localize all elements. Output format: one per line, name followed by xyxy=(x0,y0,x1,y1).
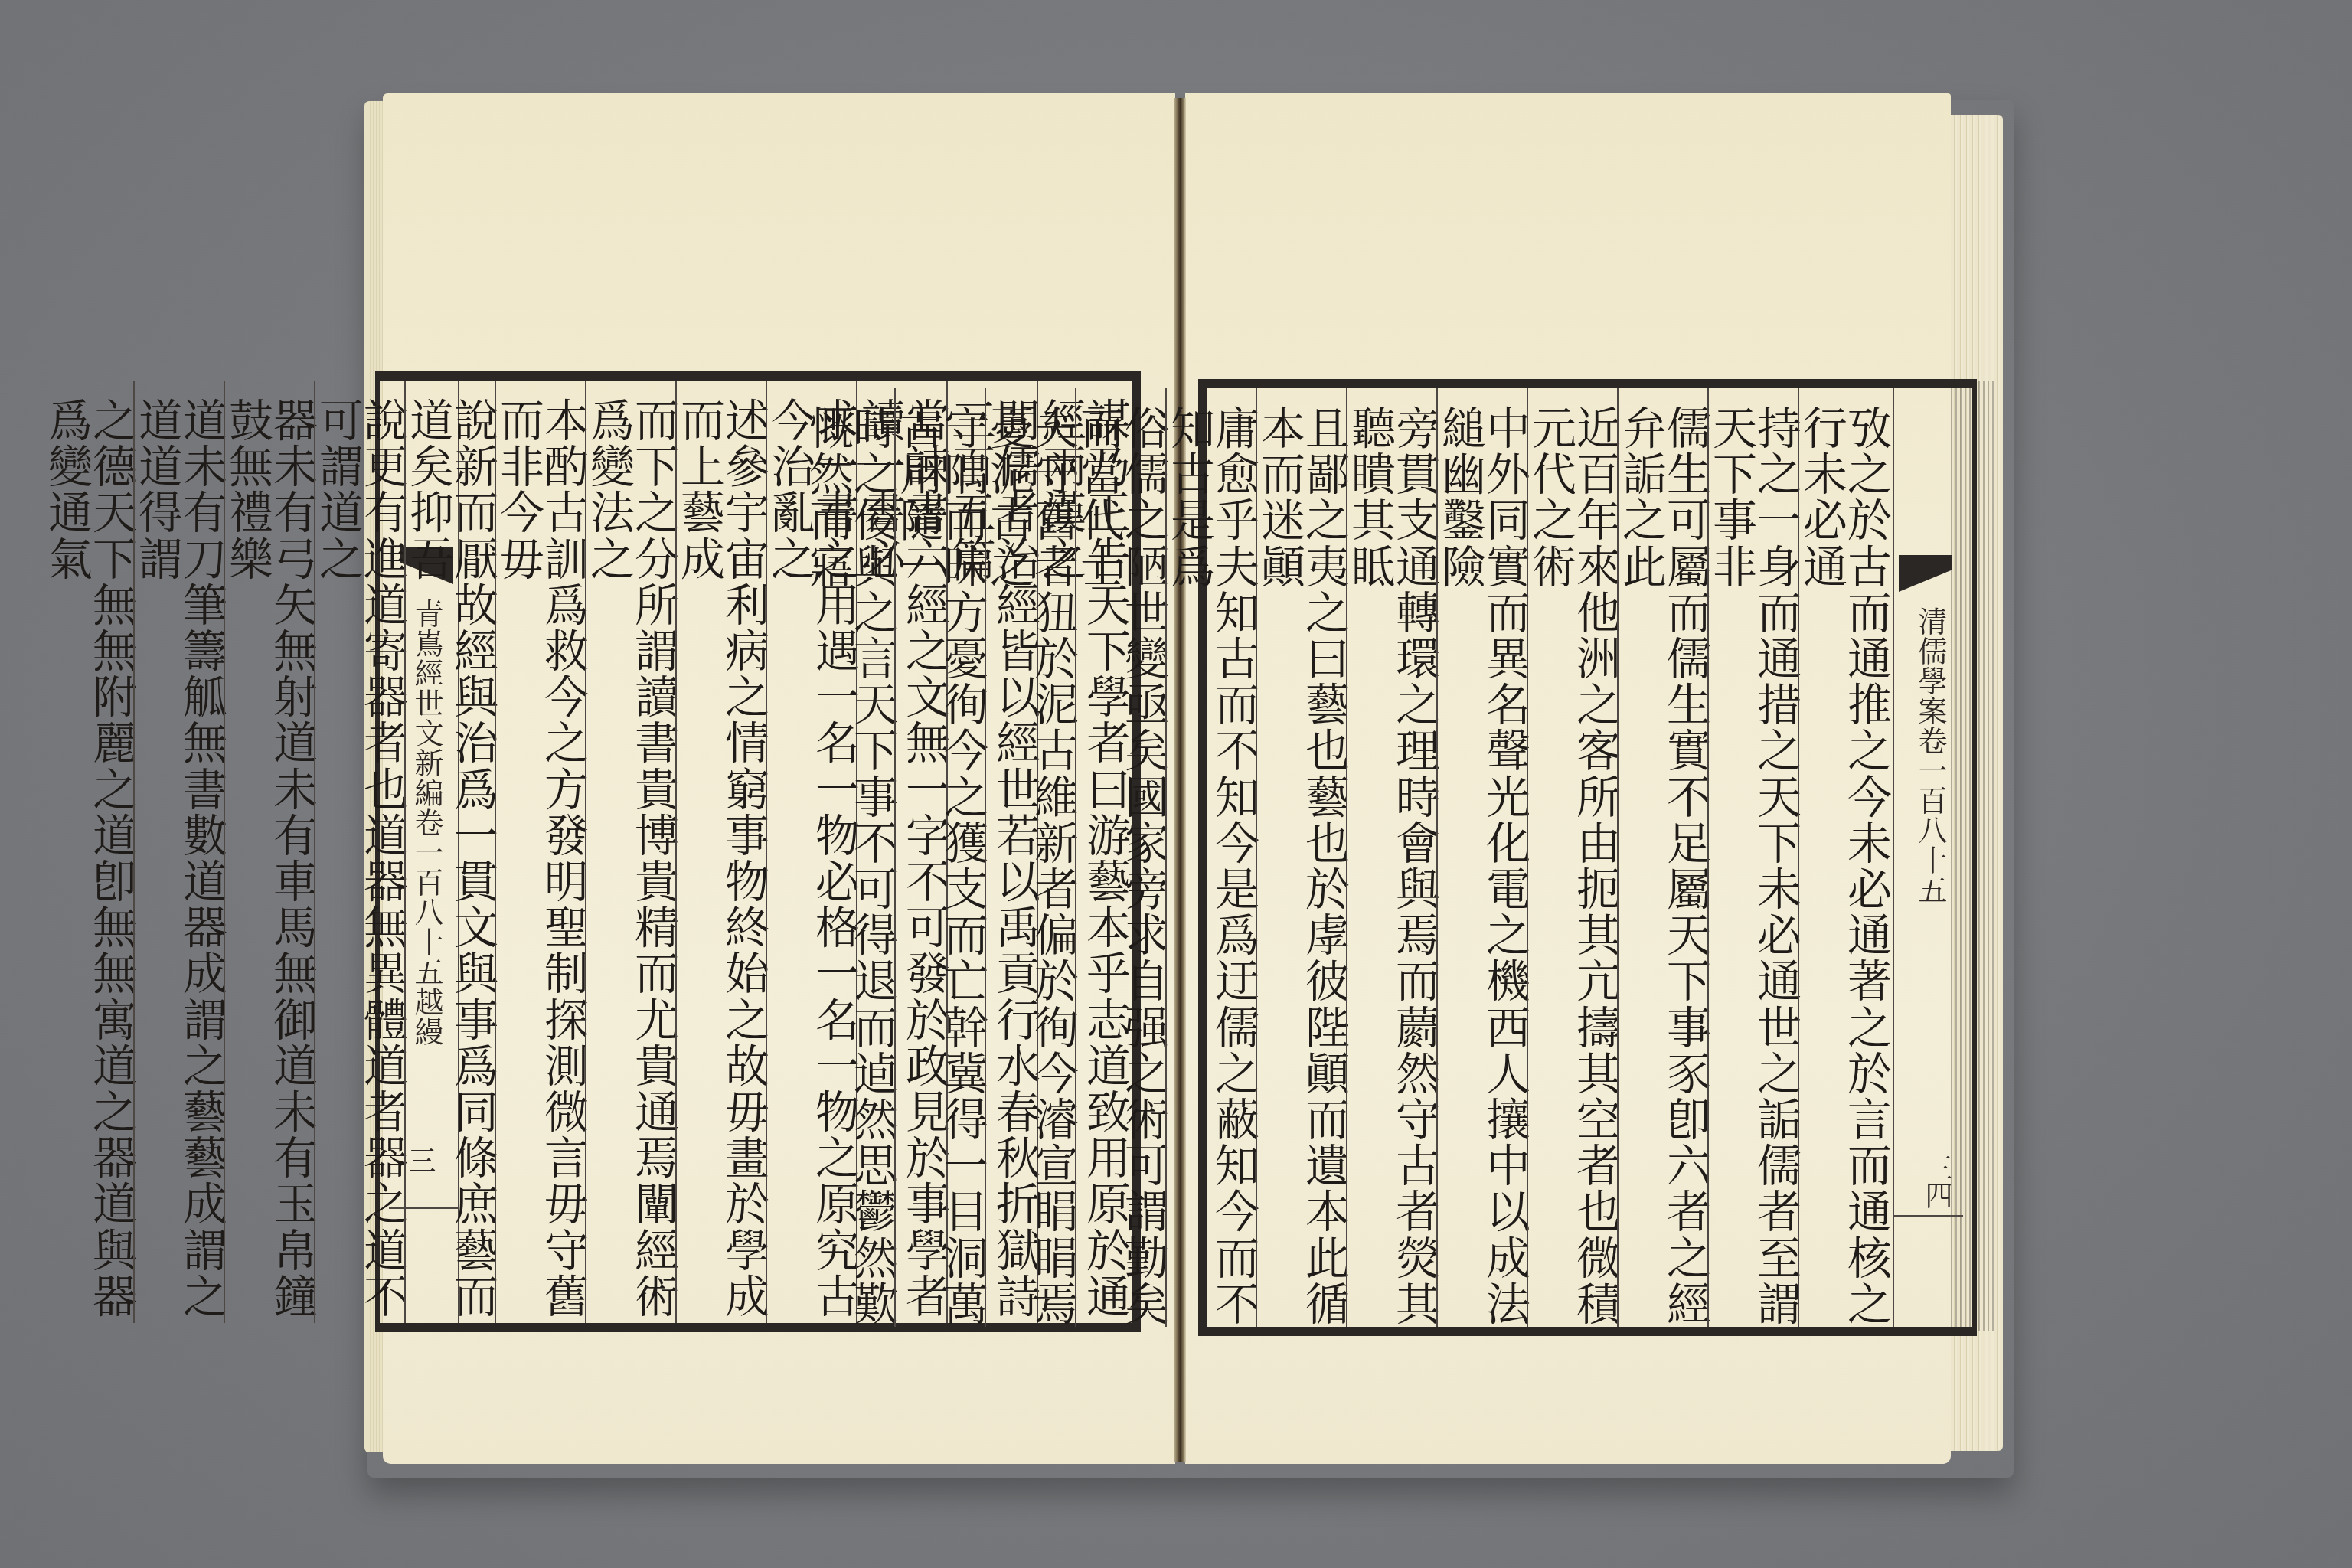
column-text: 俗儒之陋世變亟矣國家旁求自强之術可謂勤矣而當代士 xyxy=(1076,405,1165,1327)
column-text: 時之俊與之言天下事不可得退而逌然思鬱然歎慨然而寤 xyxy=(805,405,894,1327)
text-column: 道未有刀筆籌觚無書數道器成謂之藝藝成謂之道道得謂 xyxy=(133,381,224,1323)
text-column: 時之俊與之言天下事不可得退而逌然思鬱然歎慨然而寤 xyxy=(805,388,894,1327)
column-text: 守隅而昧方憂徇今之獲支而亡幹冀得一目洞萬古用隨一 xyxy=(896,405,985,1327)
right-page-center-margin: 清儒學案卷一百八十五 三四 xyxy=(1893,388,1972,1327)
text-column: 儒生可屬而儒生實不足屬天下事豕卽六者之經弁詬之此 xyxy=(1617,388,1707,1327)
right-page-number: 三四 xyxy=(1917,1154,1956,1209)
text-column: 本酌古訓爲救今之方發明聖制探測微言毋守舊而非今毋 xyxy=(495,381,585,1323)
column-text: 本酌古訓爲救今之方發明聖制探測微言毋守舊而非今毋 xyxy=(496,397,585,1323)
text-column: 庸愈乎夫知古而不知今是爲迂儒之蔽知今而不知古是爲 xyxy=(1165,388,1256,1327)
text-column: 而下之分所謂讀書貴博貴精而尤貴通焉闡經術爲變法之 xyxy=(585,381,675,1323)
column-text: 旁貫支通轉環之理時會與焉而蘮然守古者熒其聽瞶其眡 xyxy=(1347,405,1436,1327)
column-text: 說更有進道寄器者也道器無異體道者器之道不可謂道之 xyxy=(315,397,404,1323)
column-text: 之德天下無無附麗之道卽無無寓道之器道與器爲變通氣 xyxy=(44,397,133,1323)
text-column: 攷之於古而通推之今未必通著之於言而通核之行未必通 xyxy=(1798,388,1888,1327)
column-text: 持之一身而通措之天下未必通世之詬儒者至謂天下事非 xyxy=(1709,405,1798,1327)
right-page-columns: 攷之於古而通推之今未必通著之於言而通核之行未必通 持之一身而通措之天下未必通世之… xyxy=(1212,388,1888,1327)
text-column: 旁貫支通轉環之理時會與焉而蘮然守古者熒其聽瞶其眡 xyxy=(1346,388,1436,1327)
text-column: 之德天下無無附麗之道卽無無寓道之器道與器爲變通氣 xyxy=(44,381,133,1323)
text-column: 持之一身而通措之天下未必通世之詬儒者至謂天下事非 xyxy=(1707,388,1798,1327)
column-text: 夫守舊者狃於泥古維新者偏於徇今濬宣睊睊焉憂泥古之 xyxy=(986,405,1075,1327)
text-column: 夫守舊者狃於泥古維新者偏於徇今濬宣睊睊焉憂泥古之 xyxy=(985,388,1075,1327)
column-text: 中外同實而異名聲光化電之機西人攘中以成法縋幽鑿險 xyxy=(1438,405,1527,1327)
column-text: 說新而厭故經與治爲一貫文與事爲同條庶藝而道矣抑吾 xyxy=(406,397,495,1323)
text-column: 述參宇宙利病之情窮事物終始之故毋畫於學成而上藝成 xyxy=(675,381,766,1323)
right-margin-title: 清儒學案卷一百八十五 xyxy=(1916,606,1945,905)
text-column: 器未有弓矢無射道未有車馬無御道未有玉帛鐘鼓無禮樂 xyxy=(224,381,314,1323)
column-text: 儒生可屬而儒生實不足屬天下事豕卽六者之經弁詬之此 xyxy=(1619,405,1707,1327)
text-column: 俗儒之陋世變亟矣國家旁求自强之術可謂勤矣而當代士 xyxy=(1075,388,1165,1327)
column-text: 道未有刀筆籌觚無書數道器成謂之藝藝成謂之道道得謂 xyxy=(135,397,224,1323)
text-column: 且鄙之夷之曰藝也藝也於虖彼陛顚而遺本此循本而迷顚 xyxy=(1256,388,1346,1327)
text-column: 說更有進道寄器者也道器無異體道者器之道不可謂道之 xyxy=(314,381,404,1323)
open-book: 青嶌經世文新編卷一百八十五越縵 三 謀乃正告天下學者曰游藝本乎志道致用原於通經兩… xyxy=(0,0,2352,1568)
margin-rule xyxy=(1894,1215,1963,1217)
text-column: 說新而厭故經與治爲一貫文與事爲同條庶藝而道矣抑吾 xyxy=(404,381,495,1323)
fishtail-mark-icon xyxy=(1899,555,1952,592)
column-text: 攷之於古而通推之今未必通著之於言而通核之行未必通 xyxy=(1799,405,1888,1327)
column-text: 庸愈乎夫知古而不知今是爲迂儒之蔽知今而不知古是爲 xyxy=(1167,405,1256,1327)
text-column: 近百年來他洲之客所由扼其亢擣其空者也微積元代之術 xyxy=(1527,388,1617,1327)
text-column: 守隅而昧方憂徇今之獲支而亡幹冀得一目洞萬古用隨一 xyxy=(894,388,985,1327)
column-text: 且鄙之夷之曰藝也藝也於虖彼陛顚而遺本此循本而迷顚 xyxy=(1257,405,1346,1327)
column-text: 器未有弓矢無射道未有車馬無御道未有玉帛鐘鼓無禮樂 xyxy=(225,397,314,1323)
column-text: 述參宇宙利病之情窮事物終始之故毋畫於學成而上藝成 xyxy=(677,397,766,1323)
column-text: 而下之分所謂讀書貴博貴精而尤貴通焉闡經術爲變法之 xyxy=(586,397,675,1323)
text-column: 中外同實而異名聲光化電之機西人攘中以成法縋幽鑿險 xyxy=(1436,388,1527,1327)
right-page-text-frame: 清儒學案卷一百八十五 三四 攷之於古而通推之今未必通著之於言而通核之行未必通 持… xyxy=(1198,379,1977,1336)
column-text: 近百年來他洲之客所由扼其亢擣其空者也微積元代之術 xyxy=(1528,405,1617,1327)
